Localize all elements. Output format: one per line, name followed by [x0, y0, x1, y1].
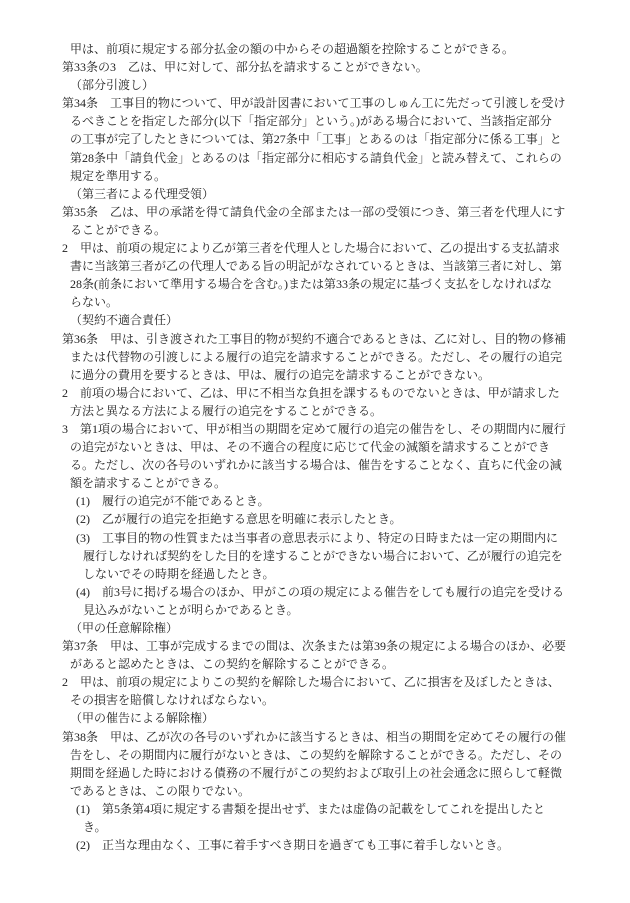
- text-line: 見込みがないことが明らかであるとき。: [62, 601, 630, 619]
- text-line: 甲は、前項に規定する部分払金の額の中からその超過額を控除することができる。: [62, 40, 630, 58]
- text-line: るべきことを指定した部分(以下「指定部分」という。)がある場合において、当該指定…: [62, 112, 630, 130]
- text-line: (4) 前3号に掲げる場合のほか、甲がこの項の規定による催告をしても履行の追完を…: [62, 583, 630, 601]
- document-body: 甲は、前項に規定する部分払金の額の中からその超過額を控除することができる。第33…: [0, 0, 630, 854]
- text-line: 額を請求することができる。: [62, 474, 630, 492]
- text-line: らない。: [62, 293, 630, 311]
- text-line: 第37条 甲は、工事が完成するまでの間は、次条または第39条の規定による場合のほ…: [62, 637, 630, 655]
- text-line: 2 甲は、前項の規定により乙が第三者を代理人とした場合において、乙の提出する支払…: [62, 239, 630, 257]
- text-line: （契約不適合責任）: [62, 311, 630, 329]
- text-line: 第28条中「請負代金」とあるのは「指定部分に相応する請負代金」と読み替えて、これ…: [62, 149, 630, 167]
- text-line: 告をし、その期間内に履行がないときは、この契約を解除することができる。ただし、そ…: [62, 746, 630, 764]
- text-line: 第33条の3 乙は、甲に対して、部分払を請求することができない。: [62, 58, 630, 76]
- text-line: (1) 履行の追完が不能であるとき。: [62, 492, 630, 510]
- text-line: 3 第1項の場合において、甲が相当の期間を定めて履行の追完の催告をし、その期間内…: [62, 420, 630, 438]
- text-line: その損害を賠償しなければならない。: [62, 691, 630, 709]
- text-line: または代替物の引渡しによる履行の追完を請求することができる。ただし、その履行の追…: [62, 348, 630, 366]
- text-line: る。ただし、次の各号のいずれかに該当する場合は、催告をすることなく、直ちに代金の…: [62, 456, 630, 474]
- text-line: （部分引渡し）: [62, 76, 630, 94]
- text-line: 第38条 甲は、乙が次の各号のいずれかに該当するときは、相当の期間を定めてその履…: [62, 728, 630, 746]
- text-line: の工事が完了したときについては、第27条中「工事」とあるのは「指定部分に係る工事…: [62, 130, 630, 148]
- text-line: (3) 工事目的物の性質または当事者の意思表示により、特定の日時または一定の期間…: [62, 529, 630, 547]
- text-line: 2 前項の場合において、乙は、甲に不相当な負担を課するものでないときは、甲が請求…: [62, 384, 630, 402]
- text-line: 規定を準用する。: [62, 167, 630, 185]
- document-page: 甲は、前項に規定する部分払金の額の中からその超過額を控除することができる。第33…: [0, 0, 630, 903]
- text-line: (2) 正当な理由なく、工事に着手すべき期日を過ぎても工事に着手しないとき。: [62, 836, 630, 854]
- text-line: (1) 第5条第4項に規定する書類を提出せず、または虚偽の記載をしてこれを提出し…: [62, 800, 630, 818]
- text-line: に過分の費用を要するときは、甲は、履行の追完を請求することができない。: [62, 366, 630, 384]
- text-line: (2) 乙が履行の追完を拒絶する意思を明確に表示したとき。: [62, 510, 630, 528]
- text-line: （第三者による代理受領）: [62, 185, 630, 203]
- text-line: （甲の催告による解除権）: [62, 709, 630, 727]
- text-line: であるときは、この限りでない。: [62, 782, 630, 800]
- text-line: の追完がないときは、甲は、その不適合の程度に応じて代金の減額を請求することができ: [62, 438, 630, 456]
- text-line: 28条(前条において準用する場合を含む。)または第33条の規定に基づく支払をしな…: [62, 275, 630, 293]
- text-line: （甲の任意解除権）: [62, 619, 630, 637]
- text-line: 方法と異なる方法による履行の追完をすることができる。: [62, 402, 630, 420]
- text-line: 第36条 甲は、引き渡された工事目的物が契約不適合であるときは、乙に対し、目的物…: [62, 330, 630, 348]
- text-line: 期間を経過した時における債務の不履行がこの契約および取引上の社会通念に照らして軽…: [62, 764, 630, 782]
- text-line: き。: [62, 818, 630, 836]
- text-line: ることができる。: [62, 221, 630, 239]
- text-line: 2 甲は、前項の規定によりこの契約を解除した場合において、乙に損害を及ぼしたとき…: [62, 673, 630, 691]
- text-line: 書に当該第三者が乙の代理人である旨の明記がなされているときは、当該第三者に対し、…: [62, 257, 630, 275]
- text-line: 履行しなければ契約をした目的を達することができない場合において、乙が履行の追完を: [62, 547, 630, 565]
- text-line: があると認めたときは、この契約を解除することができる。: [62, 655, 630, 673]
- text-line: 第34条 工事目的物について、甲が設計図書において工事のしゅん工に先だって引渡し…: [62, 94, 630, 112]
- text-line: しないでその時期を経過したとき。: [62, 565, 630, 583]
- text-line: 第35条 乙は、甲の承諾を得て請負代金の全部または一部の受領につき、第三者を代理…: [62, 203, 630, 221]
